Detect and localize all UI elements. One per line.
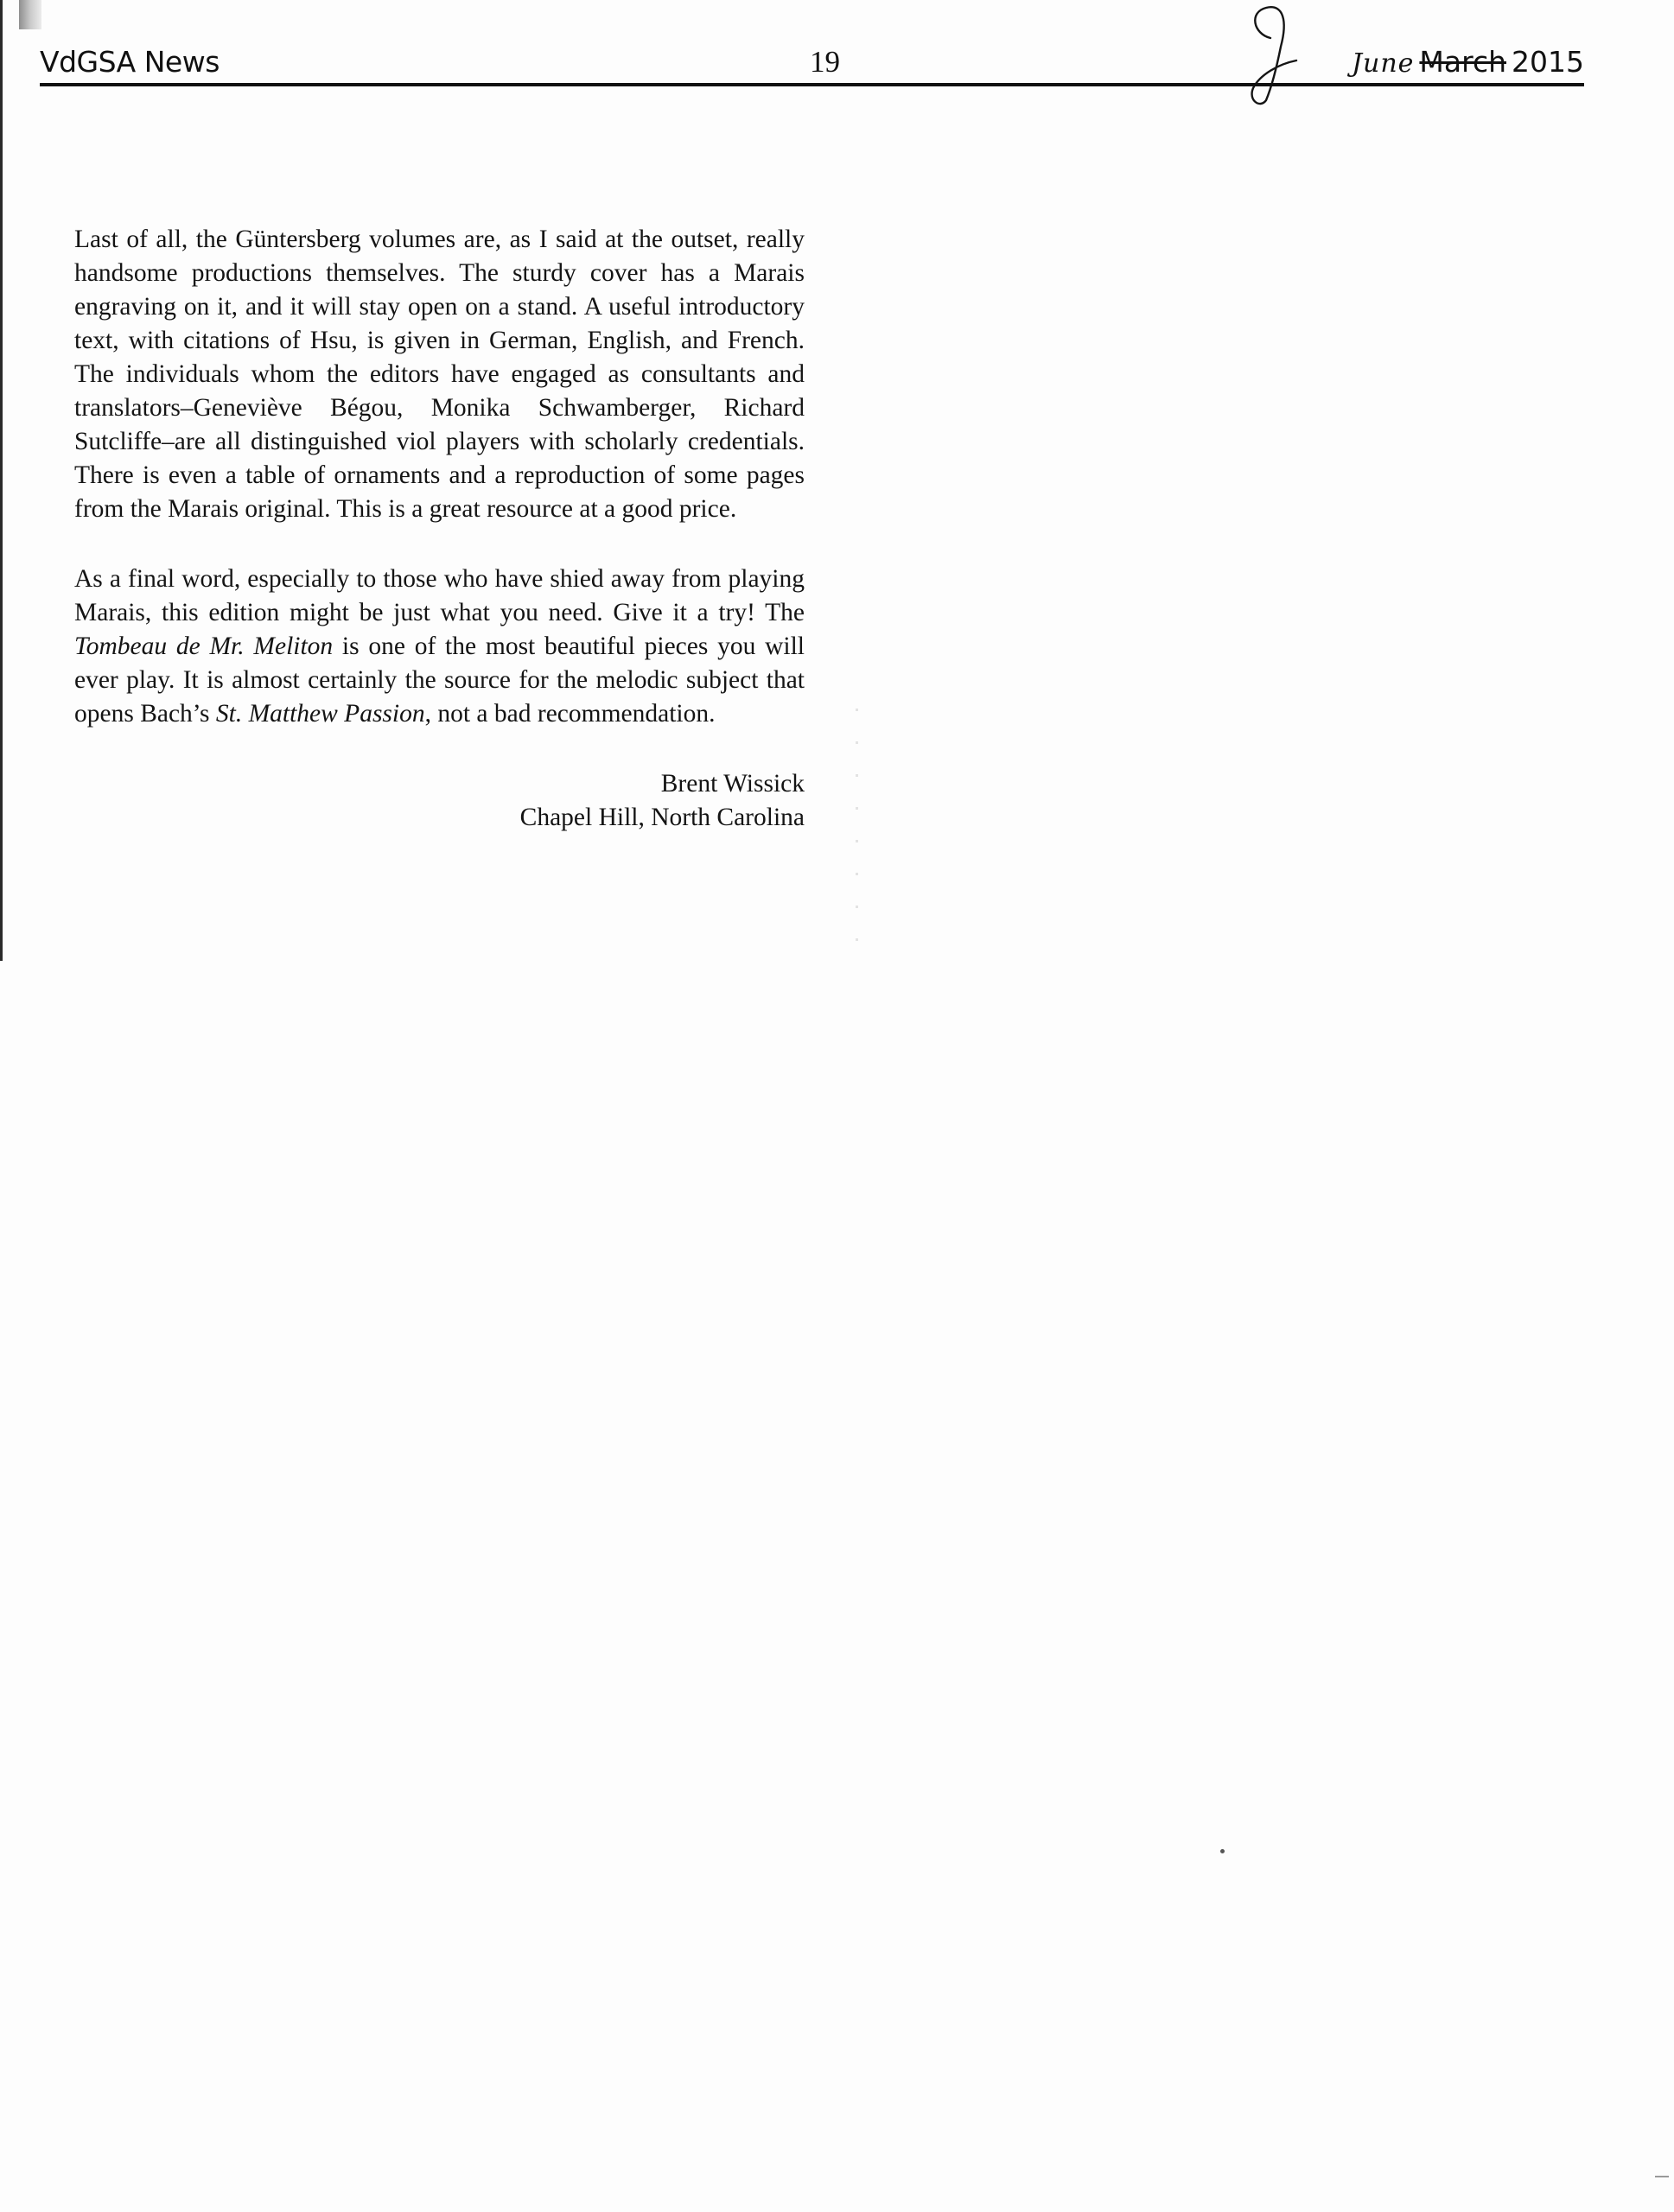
work-title-tombeau: Tombeau de Mr. Meliton <box>74 632 333 660</box>
paragraph-text: As a final word, especially to those who… <box>74 565 805 626</box>
paragraph-text: , not a bad recommendation. <box>425 700 716 728</box>
header-rule <box>40 83 1584 86</box>
scan-corner-mark <box>1655 2176 1669 2177</box>
article-body: Last of all, the Güntersberg volumes are… <box>74 223 805 835</box>
work-title-st-matthew-passion: St. Matthew Passion <box>216 700 425 728</box>
scan-corner-smudge <box>19 0 41 29</box>
handwritten-j-loop-icon <box>1244 3 1314 107</box>
page-number: 19 <box>810 45 840 79</box>
running-head: VdGSA News 19 JuneMarch2015 <box>40 35 1584 86</box>
issue-year: 2015 <box>1512 45 1584 79</box>
scan-dust-artifact <box>856 709 858 942</box>
issue-date: JuneMarch2015 <box>1352 45 1584 79</box>
paragraph-1: Last of all, the Güntersberg volumes are… <box>74 223 805 526</box>
publication-title: VdGSA News <box>40 45 220 79</box>
paragraph-2: As a final word, especially to those who… <box>74 563 805 731</box>
scan-speck <box>1220 1849 1225 1853</box>
handwritten-correction: June <box>1352 48 1414 79</box>
scan-edge-artifact <box>0 0 3 961</box>
struck-month: March <box>1419 45 1506 79</box>
author-signature: Brent Wissick Chapel Hill, North Carolin… <box>74 767 805 835</box>
paragraph-text: Last of all, the Güntersberg volumes are… <box>74 226 805 523</box>
author-name: Brent Wissick <box>74 767 805 801</box>
author-location: Chapel Hill, North Carolina <box>74 801 805 835</box>
